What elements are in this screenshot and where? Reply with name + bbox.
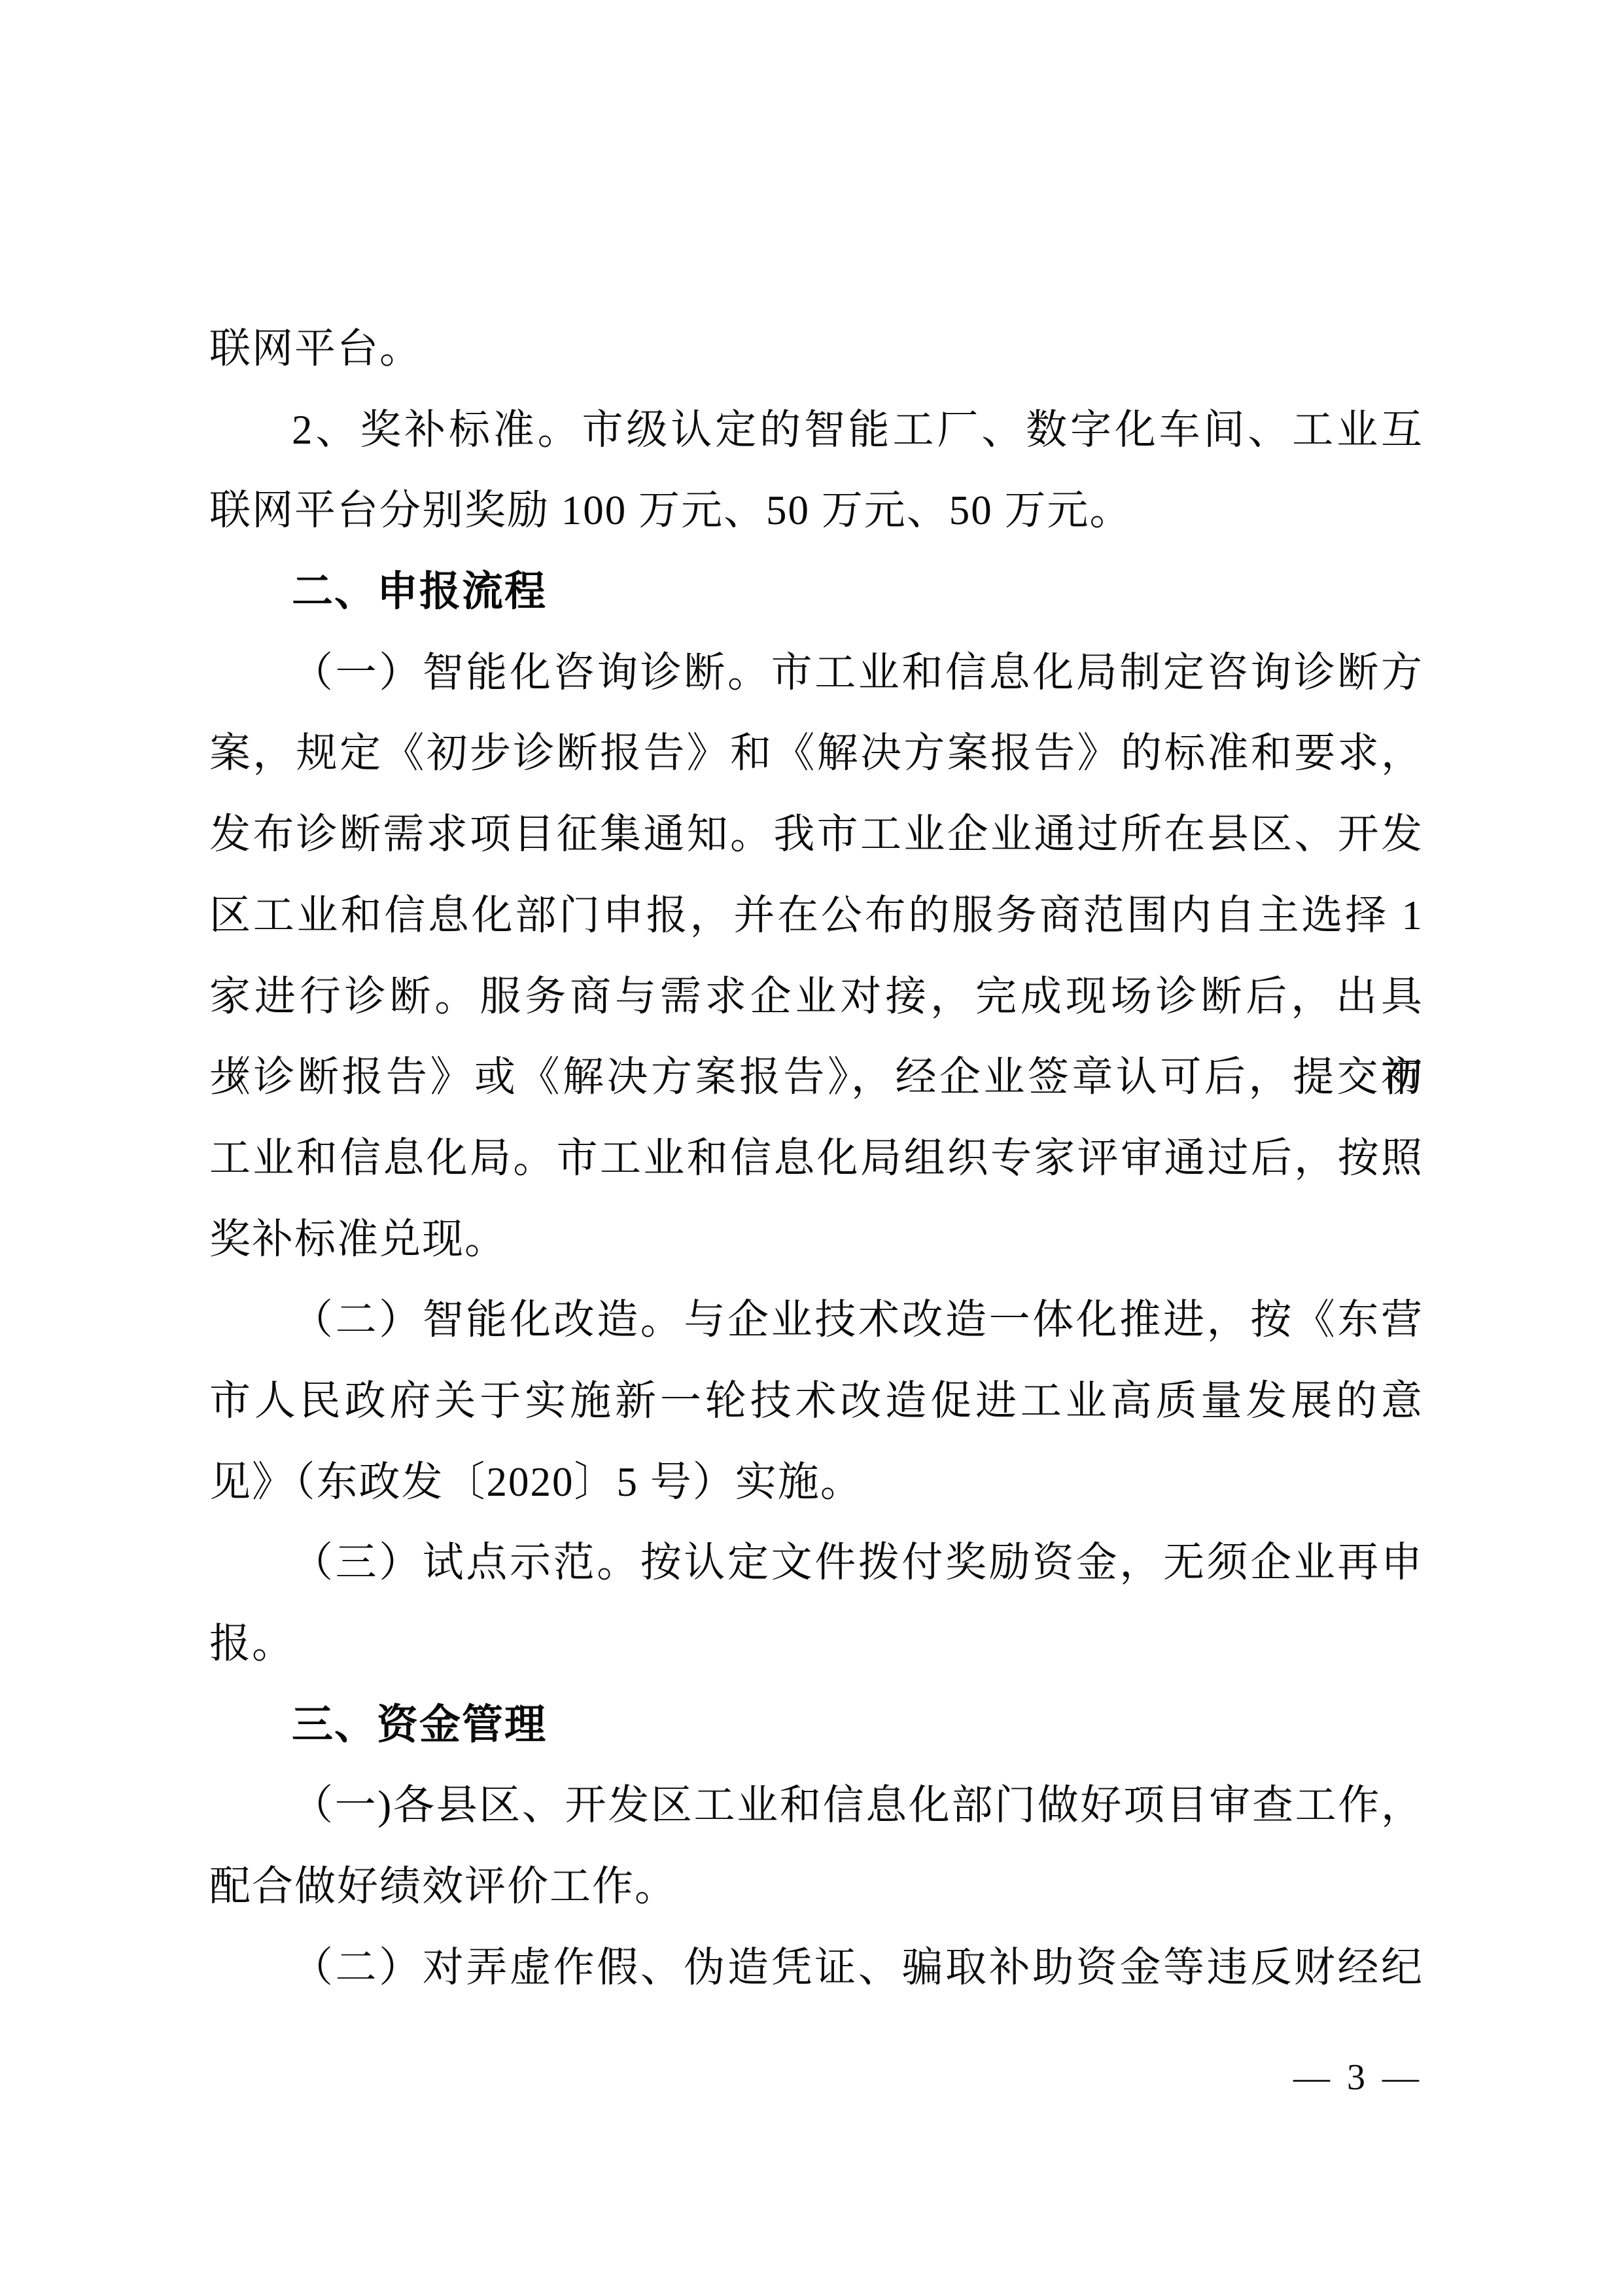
document-line: （一）智能化咨询诊断。市工业和信息化局制定咨询诊断方 <box>209 633 1423 714</box>
document-line: （三）试点示范。按认定文件拨付奖励资金，无须企业再申 <box>209 1523 1423 1604</box>
document-line: 市人民政府关于实施新一轮技术改造促进工业高质量发展的意 <box>209 1361 1423 1442</box>
document-line: 报。 <box>209 1604 1423 1685</box>
document-line: （二）对弄虚作假、伪造凭证、骗取补助资金等违反财经纪 <box>209 1928 1423 2009</box>
document-line: 工业和信息化局。市工业和信息化局组织专家评审通过后，按照 <box>209 1118 1423 1199</box>
document-line: 配合做好绩效评价工作。 <box>209 1846 1423 1928</box>
document-line: （一)各县区、开发区工业和信息化部门做好项目审查工作， <box>209 1765 1423 1846</box>
document-line: 联网平台分别奖励 100 万元、50 万元、50 万元。 <box>209 470 1423 552</box>
document-line: 区工业和信息化部门申报，并在公布的服务商范围内自主选择 1 <box>209 875 1423 957</box>
document-line: 奖补标准兑现。 <box>209 1199 1423 1280</box>
section-heading: 二、申报流程 <box>209 552 1423 633</box>
document-line: 发布诊断需求项目征集通知。我市工业企业通过所在县区、开发 <box>209 794 1423 875</box>
document-line: 家进行诊断。服务商与需求企业对接，完成现场诊断后，出具《初 <box>209 957 1423 1038</box>
page-number: — 3 — <box>1293 2055 1423 2100</box>
document-line: 案，规定《初步诊断报告》和《解决方案报告》的标准和要求， <box>209 713 1423 794</box>
document-line: 步诊断报告》或《解决方案报告》，经企业签章认可后，提交市 <box>209 1037 1423 1118</box>
document-line: 见》（东政发〔2020〕5 号）实施。 <box>209 1442 1423 1523</box>
document-line: 2、奖补标准。市级认定的智能工厂、数字化车间、工业互 <box>209 390 1423 471</box>
document-page: 联网平台。2、奖补标准。市级认定的智能工厂、数字化车间、工业互联网平台分别奖励 … <box>0 0 1623 2296</box>
document-line: （二）智能化改造。与企业技术改造一体化推进，按《东营 <box>209 1280 1423 1361</box>
section-heading: 三、资金管理 <box>209 1685 1423 1766</box>
document-line: 联网平台。 <box>209 309 1423 390</box>
document-body: 联网平台。2、奖补标准。市级认定的智能工厂、数字化车间、工业互联网平台分别奖励 … <box>209 309 1423 2008</box>
